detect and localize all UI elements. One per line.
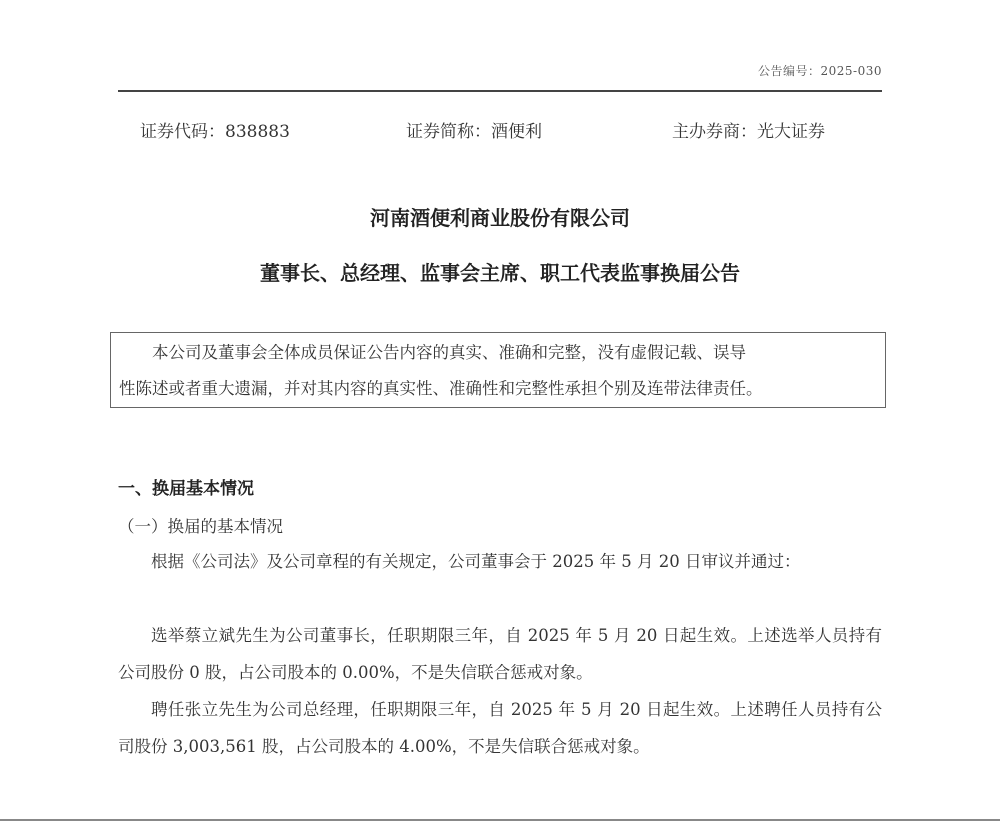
document-page: 公告编号：2025-030 证券代码：838883 证券简称：酒便利 主办券商：… <box>0 0 1000 821</box>
paragraph-text: 根据《公司法》及公司章程的有关规定，公司董事会于 2025 年 5 月 20 日… <box>118 543 882 580</box>
paragraph-gm-appointment: 聘任张立先生为公司总经理，任职期限三年，自 2025 年 5 月 20 日起生效… <box>118 691 882 765</box>
company-name: 河南酒便利商业股份有限公司 <box>0 202 1000 231</box>
section-heading-1: 一、换届基本情况 <box>118 474 254 499</box>
paragraph-chairman-election: 选举蔡立斌先生为公司董事长，任职期限三年，自 2025 年 5 月 20 日起生… <box>118 617 882 691</box>
paragraph-text: 聘任张立先生为公司总经理，任职期限三年，自 2025 年 5 月 20 日起生效… <box>118 691 882 765</box>
sponsor-broker: 主办券商：光大证券 <box>672 117 825 142</box>
paragraph-board-review: 根据《公司法》及公司章程的有关规定，公司董事会于 2025 年 5 月 20 日… <box>118 543 882 580</box>
securities-info-row: 证券代码：838883 证券简称：酒便利 主办券商：光大证券 <box>140 117 860 143</box>
security-code: 证券代码：838883 <box>140 117 290 142</box>
announcement-title: 董事长、总经理、监事会主席、职工代表监事换届公告 <box>0 257 1000 286</box>
announcement-number: 公告编号：2025-030 <box>758 62 882 79</box>
section-heading-2: （一）换届的基本情况 <box>118 513 283 537</box>
disclaimer-box: 本公司及董事会全体成员保证公告内容的真实、准确和完整，没有虚假记载、误导 性陈述… <box>110 332 886 408</box>
paragraph-text: 选举蔡立斌先生为公司董事长，任职期限三年，自 2025 年 5 月 20 日起生… <box>118 617 882 691</box>
security-short-name: 证券简称：酒便利 <box>406 117 542 142</box>
disclaimer-line-1: 本公司及董事会全体成员保证公告内容的真实、准确和完整，没有虚假记载、误导 <box>119 335 877 371</box>
header-rule <box>118 90 882 92</box>
disclaimer-line-2: 性陈述或者重大遗漏，并对其内容的真实性、准确性和完整性承担个别及连带法律责任。 <box>119 371 877 407</box>
